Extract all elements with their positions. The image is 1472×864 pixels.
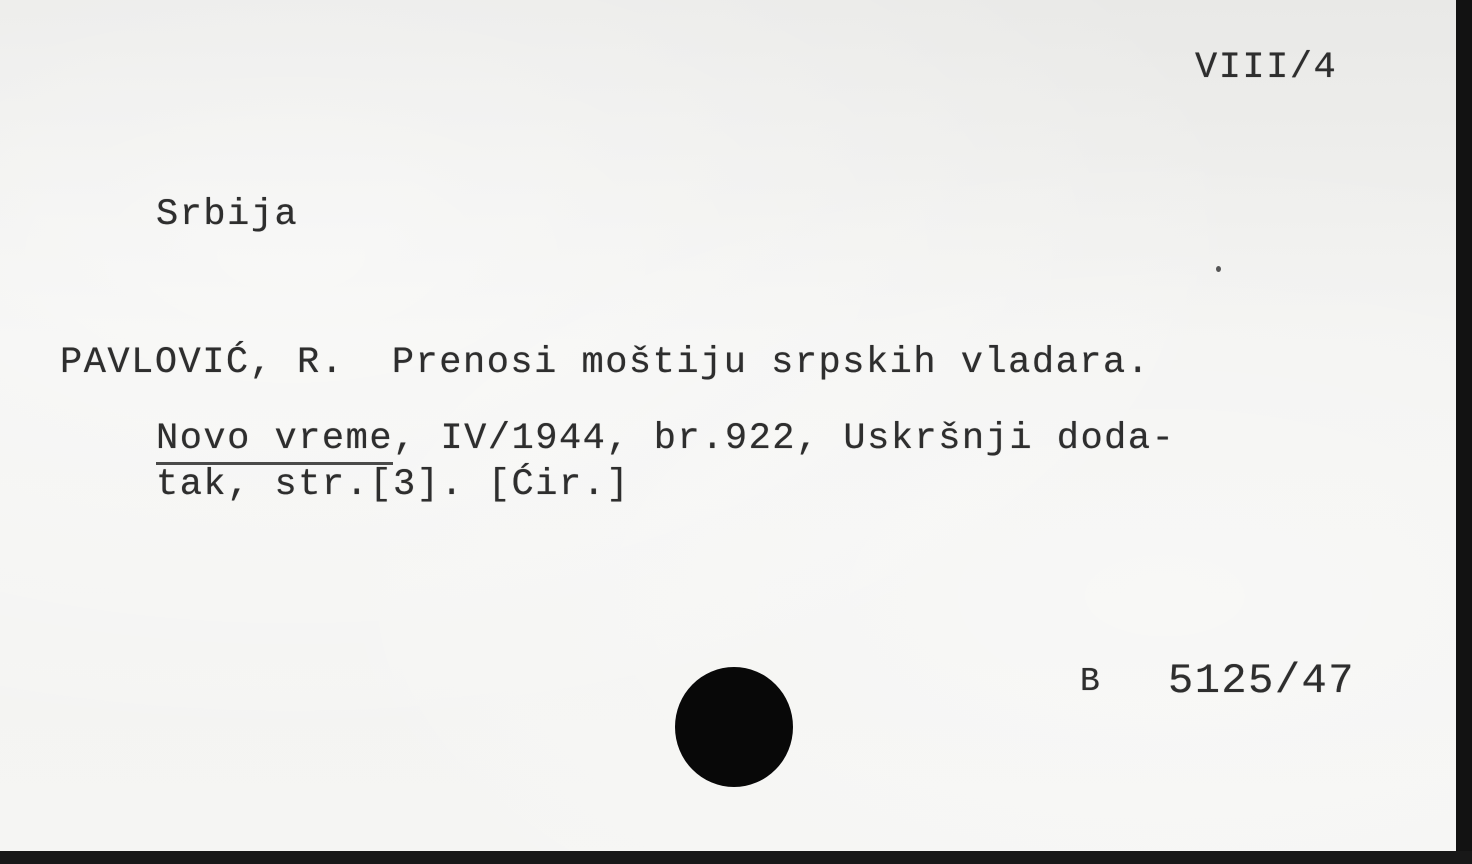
scan-border-bottom [0, 851, 1472, 864]
classification-mark: VIII/4 [1195, 50, 1337, 87]
entry-author: PAVLOVIĆ, R. [60, 342, 344, 384]
subject-heading: Srbija [156, 197, 298, 234]
entry-line-3: tak, str.[3]. [Ćir.] [156, 467, 630, 504]
call-number-prefix: B [1080, 665, 1101, 698]
entry-line-2: Novo vreme, IV/1944, br.922, Uskršnji do… [156, 421, 1175, 458]
entry-journal: Novo vreme [156, 418, 393, 465]
entry-issue-details: , IV/1944, br.922, Uskršnji doda- [393, 418, 1175, 460]
entry-line-1: PAVLOVIĆ, R. Prenosi moštiju srpskih vla… [60, 345, 1150, 382]
call-number: 5125/47 [1168, 660, 1355, 702]
ink-speck [1216, 266, 1221, 272]
catalog-card: VIII/4 Srbija PAVLOVIĆ, R. Prenosi mošti… [0, 0, 1456, 851]
scan-border-right [1456, 0, 1472, 864]
entry-title: Prenosi moštiju srpskih vladara. [392, 342, 1151, 384]
punch-hole-icon [675, 667, 793, 787]
